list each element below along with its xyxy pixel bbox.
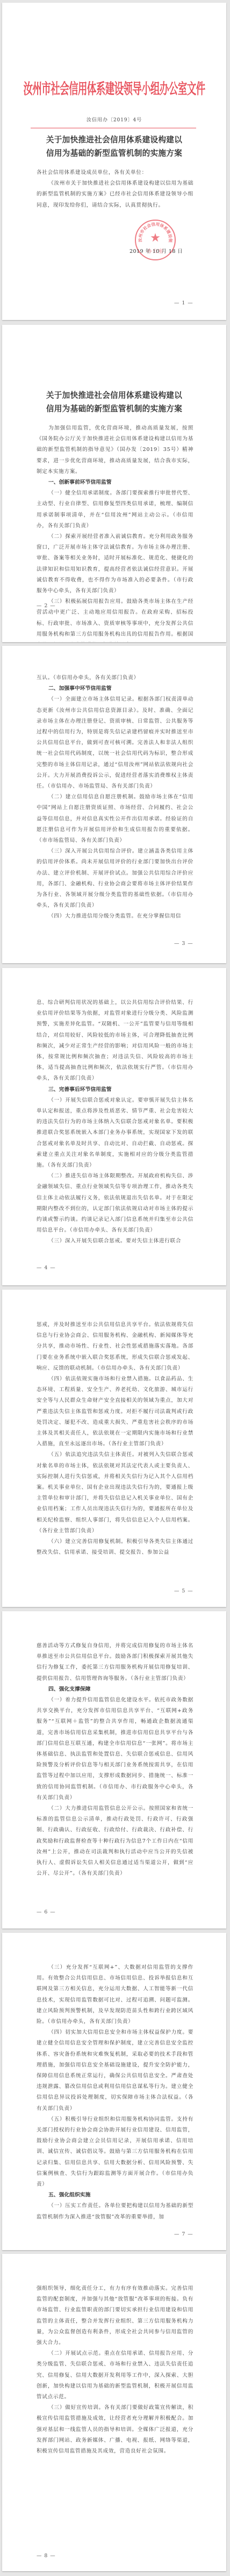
section-item: （二）推进失信市场主体限期整改。开展政府机构失信、涉金融领域失信、重点行业领域失…	[37, 1171, 193, 1236]
page-3-body: 互认。（市信用办牵头，各有关部门负责） 二、加强事中环节信用监管 （一）全面建立…	[37, 673, 193, 922]
page-number: — 7 —	[174, 2231, 193, 2237]
section-item: （四）大力推进信用分级分类监管。在充分掌握信用信	[37, 911, 193, 922]
section-item: （一）压实工作责任。各单位要把构建以信用为基础的新型监管机制作为深入推进“放管服…	[37, 2201, 193, 2222]
section-item: （三）积极拓展信用报告应用。鼓励各类市场主体在生产经营活动中更广泛、主动地应用信…	[37, 596, 193, 642]
section-heading: 一、创新事前环节信用监管	[37, 477, 193, 488]
issue-date: 2019 年 10 月 18 日	[130, 247, 183, 254]
section-item: （三）深入开展失信联合惩戒。要对失信主体进行联合	[37, 1236, 193, 1247]
issuer-red-header: 汝州市社会信用体系建设领导小组办公室文件	[2, 78, 226, 99]
section-item-continued: 惩戒，并及时推送至市公共信用信息共享平台。依法依规将失信信息与行业协会商会、信用…	[37, 1320, 193, 1374]
section-heading: 三、完善事后环节信用监管	[37, 1085, 193, 1095]
page-3: 互认。（市信用办牵头，各有关部门负责） 二、加强事中环节信用监管 （一）全面建立…	[2, 646, 226, 963]
plan-title: 关于加快推进社会信用体系建设构建以 信用为基础的新型监管机制的实施方案	[24, 389, 205, 416]
salutation: 各社会信用体系建设成员单位，各有关单位：	[37, 168, 193, 178]
page-8: 强组织领导，细化责任分工，有力有序有效推动落实。完善信用监管的配套制度，并加强与…	[2, 2254, 226, 2571]
section-item: （四）依法依规实施市场和行业禁入措施。以食品药品、生态环境、工程质量、安全生产、…	[37, 1374, 193, 1450]
section-item-continued: 强组织领导，细化责任分工，有力有序有效推动落实。完善信用监管的配套制度，并加强与…	[37, 2283, 193, 2348]
section-item: （二）建立信用信息自愿注册机制。鼓励市场主体在“信用中国”网站上自愿注册资质证照…	[37, 792, 193, 846]
cover-body: 各社会信用体系建设成员单位，各有关单位： 《汝州市关于加快推进社会信用体系建设构…	[37, 168, 193, 211]
page-5-body: 惩戒，并及时推送至市公共信用信息共享平台。依法依规将失信信息与行业协会商会、信用…	[37, 1320, 193, 1558]
section-item-continued: 互认。（市信用办牵头，各有关部门负责）	[37, 673, 193, 683]
section-item: （五）积极引导行业组织和信用服务机构协同监管。支持有关部门授权的行业协会商会协助…	[37, 2114, 193, 2190]
section-item: （三）充分发挥“互联网+”、大数据对信用监管的支撑作用。有效整合公共信用信息、市…	[37, 1962, 193, 2027]
section-item: （一）开展失信联合惩戒对象认定。要审慎开展失信主体名单认定和报送，重点将涉及性质…	[37, 1095, 193, 1171]
page-4-body: 息、综合研判信用状况的基础上，以公共信用综合评价结果、行业信用评价结果等为依据，…	[37, 998, 193, 1247]
section-item: （三）做好宣传培训。各有关部门要做好政策宣传解读，积极宣传信用监管措施及成效，让…	[37, 2403, 193, 2457]
page-number: — 6 —	[37, 1909, 56, 1915]
page-2: 关于加快推进社会信用体系建设构建以 信用为基础的新型监管机制的实施方案 为加强信…	[2, 325, 226, 642]
cover-paragraph: 《汝州市关于加快推进社会信用体系建设构建以信用为基础的新型监管机制的实施方案》已…	[37, 178, 193, 211]
page-1: 汝州市社会信用体系建设领导小组办公室文件 汝信用办〔2019〕4号 关于加快推进…	[2, 3, 226, 320]
section-item: （一）全面建立市场主体信用记录。根据各部门权责清单动态更新《汝州市公共信用信息资…	[37, 694, 193, 792]
section-item: （一）健全信用承诺制度。各部门要探索推行审批替代型、主动型、行业自律型、信用修复…	[37, 488, 193, 532]
page-number: — 5 —	[174, 1588, 193, 1594]
cover-title-line-1: 关于加快推进社会信用体系建设构建以	[24, 133, 205, 147]
section-heading: 五、强化组织实施	[37, 2190, 193, 2201]
page-number: — 8 —	[37, 2553, 56, 2559]
plan-title-line-2: 信用为基础的新型监管机制的实施方案	[24, 402, 205, 416]
section-item: （二）大力推进信用监管信息公开公示。按照国家和省统一标准的监管信息公示清单，推动…	[37, 1803, 193, 1879]
section-item: （三）深入开展公共信用综合评价。建立涵盖各类信用主体的信用评价体系。尚未开展信用…	[37, 846, 193, 911]
plan-title-line-1: 关于加快推进社会信用体系建设构建以	[24, 389, 205, 402]
section-item: （六）建立完善信用修复机制。积极引导各类失信主体通过整改失信、信用承诺、接受培训…	[37, 1537, 193, 1558]
page-4: 息、综合研判信用状况的基础上，以公共信用综合评价结果、行业信用评价结果等为依据，…	[2, 968, 226, 1285]
section-item: （五）依法追究违法失信主体责任。对被列入失信联合惩戒对象名单的市场主体，依法依规…	[37, 1450, 193, 1537]
section-heading: 二、加强事中环节信用监管	[37, 683, 193, 694]
page-5: 惩戒，并及时推送至市公共信用信息共享平台。依法依规将失信信息与行业协会商会、信用…	[2, 1290, 226, 1607]
section-heading: 四、强化支撑保障	[37, 1684, 193, 1695]
page-number: — 2 —	[37, 603, 56, 609]
cover-title: 关于加快推进社会信用体系建设构建以 信用为基础的新型监管机制的实施方案	[24, 133, 205, 160]
section-item: （四）切实加大信用信息安全和市场主体权益保护力度。要建立健全信用信息安全管理和保…	[37, 2027, 193, 2114]
page-number: — 4 —	[37, 1265, 56, 1271]
section-item-continued: 息、综合研判信用状况的基础上，以公共信用综合评价结果、行业信用评价结果等为依据，…	[37, 998, 193, 1085]
section-item: （二）探索开展经营者准入前诚信教育。充分利用政务服务窗口，广泛开展市场主体守法诚…	[37, 532, 193, 596]
page-number: — 3 —	[174, 941, 193, 947]
section-item-continued: 慈善活动等方式修复自身信用，并将完成信用修复的市场主体名单推送至市公共信用信息平…	[37, 1641, 193, 1684]
section-item: （一）着力提升信用监管信息化建设水平。依托市政务数据共享交换平台，充分发挥市信用…	[37, 1695, 193, 1803]
section-item: （二）开展试点示范。重点在信用承诺、信用报告应用、分类分级监管、失信联合惩戒、市…	[37, 2348, 193, 2403]
page-6-body: 慈善活动等方式修复自身信用，并将完成信用修复的市场主体名单推送至市公共信用信息平…	[37, 1641, 193, 1879]
red-divider-line	[31, 128, 196, 128]
cover-title-line-2: 信用为基础的新型监管机制的实施方案	[24, 147, 205, 160]
page-7: （三）充分发挥“互联网+”、大数据对信用监管的支撑作用。有效整合公共信用信息、市…	[2, 1933, 226, 2250]
star-icon: ★	[150, 232, 161, 244]
page-8-body: 强组织领导，细化责任分工，有力有序有效推动落实。完善信用监管的配套制度，并加强与…	[37, 2283, 193, 2457]
document-number: 汝信用办〔2019〕4号	[2, 115, 226, 123]
page-2-body: 为加强信用监管，优化营商环境，推动高质量发展，按照《国务院办公厅关于加快推进社会…	[37, 423, 193, 642]
page-number: — 1 —	[174, 300, 193, 306]
page-7-body: （三）充分发挥“互联网+”、大数据对信用监管的支撑作用。有效整合公共信用信息、市…	[37, 1962, 193, 2223]
intro-paragraph: 为加强信用监管，优化营商环境，推动高质量发展，按照《国务院办公厅关于加快推进社会…	[37, 423, 193, 477]
page-6: 慈善活动等方式修复自身信用，并将完成信用修复的市场主体名单推送至市公共信用信息平…	[2, 1611, 226, 1929]
